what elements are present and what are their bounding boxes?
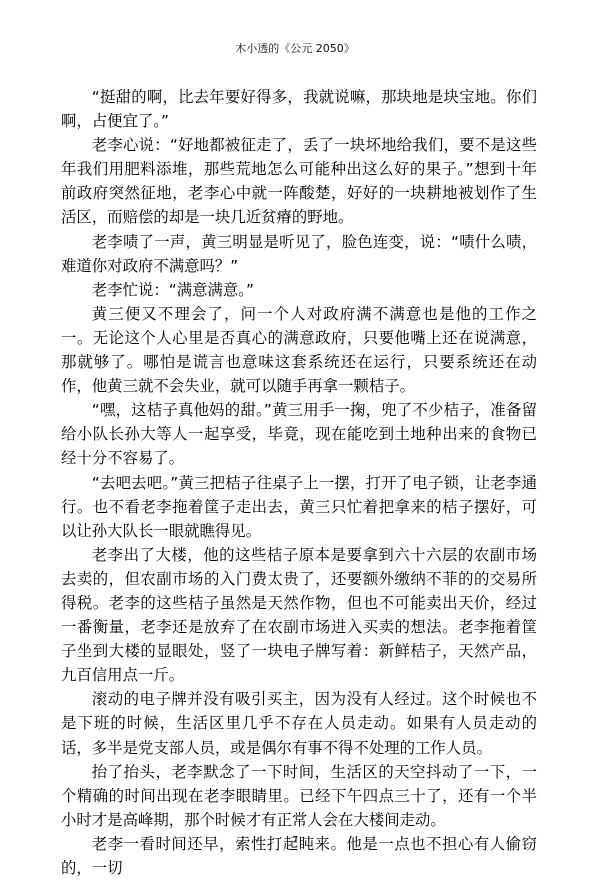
paragraph: 老李忙说：“满意满意。”	[61, 278, 537, 302]
paragraph: 黄三便又不理会了，问一个人对政府满不满意也是他的工作之一。无论这个人心里是否真心…	[61, 302, 537, 398]
paragraph: 老李出了大楼，他的这些桔子原本是要拿到六十六层的农副市场去卖的，但农副市场的入门…	[61, 543, 537, 688]
paragraph: “去吧去吧。”黄三把桔子往桌子上一摆，打开了电子锁，让老李通行。也不看老李拖着筐…	[61, 471, 537, 543]
paragraph: 滚动的电子牌并没有吸引买主，因为没有人经过。这个时候也不是下班的时候，生活区里几…	[61, 687, 537, 759]
paragraph: “嘿，这桔子真他妈的甜。”黄三用手一掬，兜了不少桔子，准备留给小队长孙大等人一起…	[61, 398, 537, 470]
paragraph: 老李心说：“好地都被征走了，丢了一块坏地给我们，要不是这些年我们用肥料添堆，那些…	[61, 133, 537, 229]
paragraph: 抬了抬头，老李默念了一下时间，生活区的天空抖动了一下，一个精确的时间出现在老李眼…	[61, 760, 537, 832]
page-number: 7	[0, 834, 590, 846]
running-header: 木小透的《公元 2050》	[0, 40, 590, 56]
paragraph: 老李啧了一声，黄三明显是听见了，脸色连变，说：“啧什么啧，难道你对政府不满意吗？…	[61, 230, 537, 278]
body-text: “挺甜的啊，比去年要好得多，我就说嘛，那块地是块宝地。你们啊，占便宜了。” 老李…	[61, 85, 537, 880]
paragraph: “挺甜的啊，比去年要好得多，我就说嘛，那块地是块宝地。你们啊，占便宜了。”	[61, 85, 537, 133]
